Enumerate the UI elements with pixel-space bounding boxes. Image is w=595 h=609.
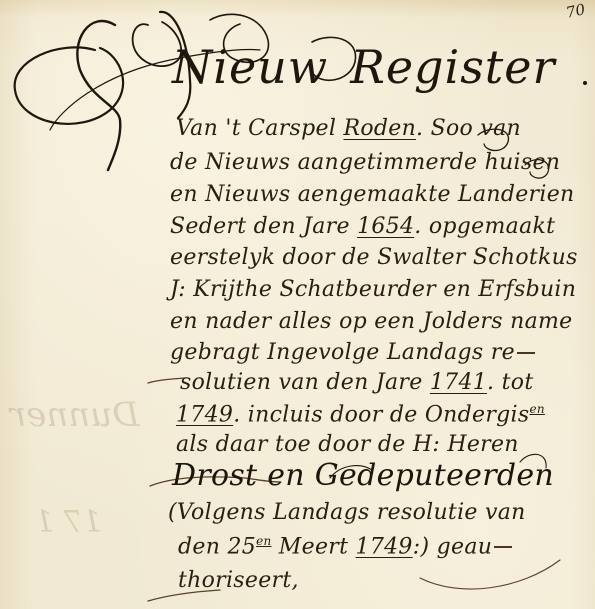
- word: den 25: [178, 534, 256, 559]
- word: . incluis door de Ondergis: [233, 402, 529, 427]
- text-line-13: (Volgens Landags resolutie van: [168, 500, 526, 525]
- title-word-nieuw: Nieuw: [172, 40, 328, 94]
- text-line-11: als daar toe door de H: Heren: [176, 432, 519, 457]
- superscript-abbrev: en: [529, 402, 544, 416]
- folio-number: 70: [564, 0, 586, 22]
- word: Carspel: [248, 116, 336, 141]
- word: Sedert den Jare: [170, 214, 350, 239]
- text-line-14: den 25en Meert 1749:) geau: [178, 534, 512, 559]
- text-line-5: eerstelyk door de Swalter Schotkus: [170, 245, 578, 270]
- year-1654: 1654: [357, 214, 414, 239]
- text-line-7: en nader alles op een Jolders name: [170, 309, 572, 334]
- word: 't: [225, 116, 241, 141]
- text-line-12: Drost en Gedeputeerden: [172, 458, 554, 493]
- word: Van: [176, 116, 218, 141]
- year-1749: 1749: [176, 402, 233, 427]
- word: . opgemaakt: [414, 214, 555, 239]
- bleed-through-text: Dunner: [10, 395, 139, 435]
- word: :) geau: [413, 534, 492, 559]
- punctuation: .: [416, 116, 423, 141]
- text-line-2: de Nieuws aangetimmerde huisen: [170, 150, 560, 175]
- word: . tot: [487, 370, 533, 395]
- text-line-1: Van 't Carspel Roden. Soo van: [176, 116, 521, 141]
- text-line-6: J: Krijthe Schatbeurder en Erfsbuin: [170, 277, 576, 302]
- text-line-9: solutien van den Jare 1741. tot: [180, 370, 533, 395]
- title-word-register: Register: [350, 40, 555, 94]
- manuscript-page: Dunner 17 1 70: [0, 0, 595, 609]
- year-1741: 1741: [430, 370, 487, 395]
- superscript-abbrev: en: [256, 534, 271, 548]
- hyphen-mark: [517, 352, 535, 354]
- place-name-roden: Roden: [343, 116, 416, 141]
- word: Soo van: [431, 116, 521, 141]
- month-meert: Meert: [279, 534, 348, 559]
- text-line-15: thoriseert,: [178, 568, 299, 593]
- text-line-4: Sedert den Jare 1654. opgemaakt: [170, 214, 555, 239]
- text-line-10: 1749. incluis door de Ondergisen: [176, 402, 545, 427]
- hyphen-mark: [494, 546, 512, 548]
- word: gebragt Ingevolge Landags re: [170, 340, 515, 365]
- document-title: NieuwRegister: [172, 40, 556, 94]
- word: solutien van den Jare: [180, 370, 423, 395]
- text-line-8: gebragt Ingevolge Landags re: [170, 340, 535, 365]
- year-1749: 1749: [356, 534, 413, 559]
- bleed-through-text: 17 1: [35, 505, 102, 540]
- text-line-3: en Nieuws aengemaakte Landerien: [170, 182, 575, 207]
